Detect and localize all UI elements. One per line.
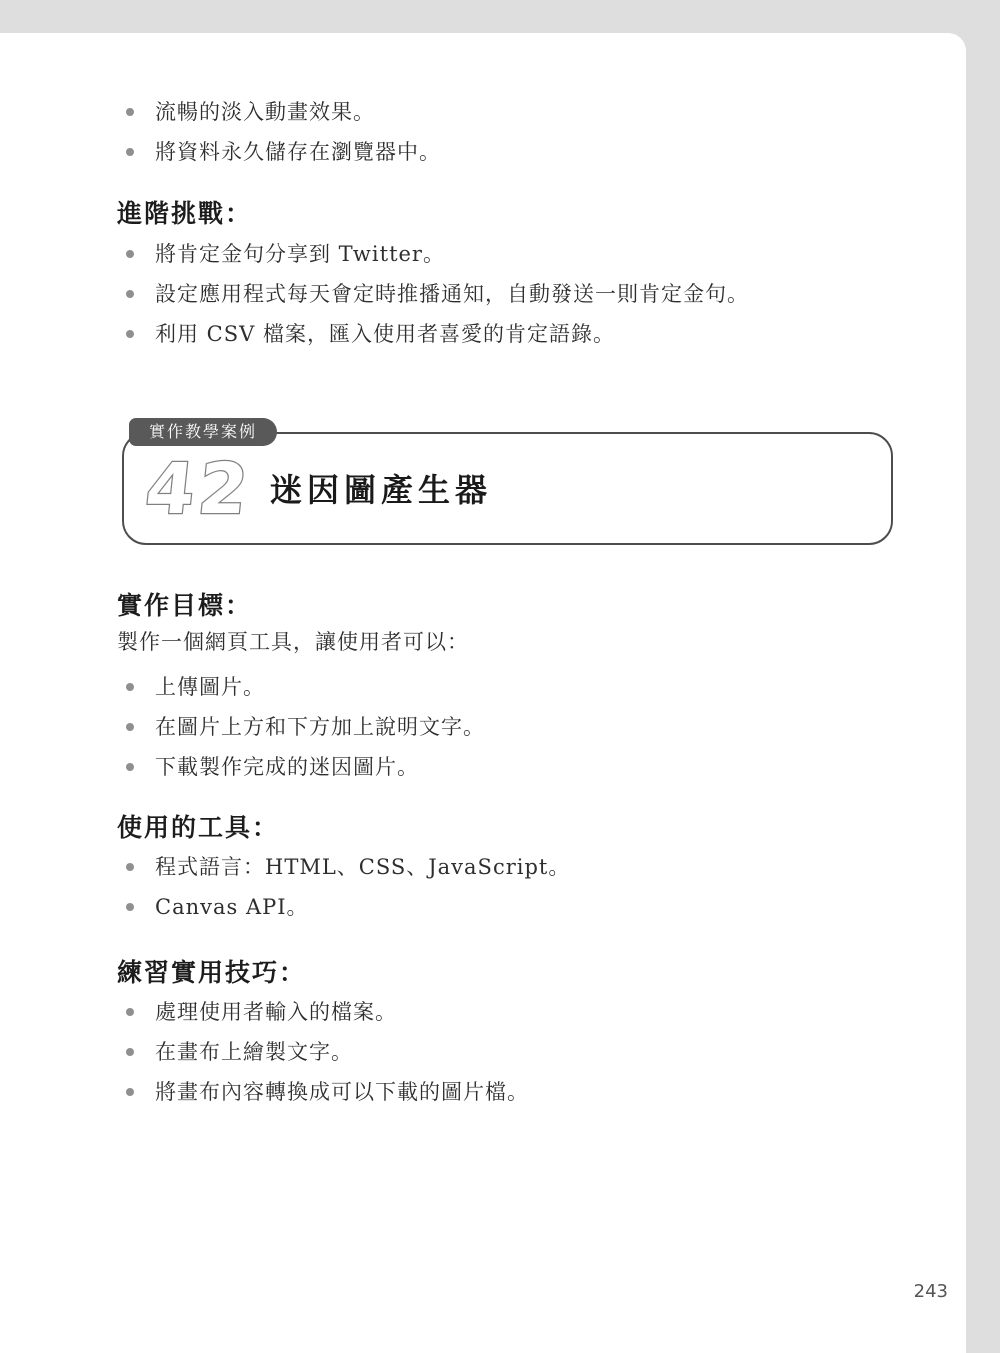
section-heading-goal: 實作目標： bbox=[117, 586, 252, 622]
list-item: 下載製作完成的迷因圖片。 bbox=[117, 754, 837, 780]
list-item: 上傳圖片。 bbox=[117, 674, 837, 700]
case-study-title: 迷因圖產生器 bbox=[270, 470, 492, 510]
page-number: 243 bbox=[914, 1281, 948, 1302]
case-study-box: 實作教學案例 42 迷因圖產生器 bbox=[122, 418, 893, 580]
book-page-canvas: { "colors": { "canvas_bg": "#dedede", "p… bbox=[0, 0, 1000, 1353]
list-item: 將肯定金句分享到 Twitter。 bbox=[117, 241, 837, 267]
list-item: 將畫布內容轉換成可以下載的圖片檔。 bbox=[117, 1079, 837, 1105]
list-item: 設定應用程式每天會定時推播通知，自動發送一則肯定金句。 bbox=[117, 281, 837, 307]
list-item: Canvas API。 bbox=[117, 894, 837, 920]
advanced-challenges-list: 將肯定金句分享到 Twitter。設定應用程式每天會定時推播通知，自動發送一則肯… bbox=[117, 241, 837, 361]
list-item: 利用 CSV 檔案，匯入使用者喜愛的肯定語錄。 bbox=[117, 321, 837, 347]
list-item: 程式語言：HTML、CSS、JavaScript。 bbox=[117, 854, 837, 880]
case-study-number: 42 bbox=[142, 448, 256, 530]
section-heading-skills: 練習實用技巧： bbox=[117, 953, 306, 989]
list-item: 處理使用者輸入的檔案。 bbox=[117, 999, 837, 1025]
section-heading-advanced-challenges: 進階挑戰： bbox=[117, 194, 252, 230]
goal-intro-text: 製作一個網頁工具，讓使用者可以： bbox=[117, 629, 469, 656]
list-item: 將資料永久儲存在瀏覽器中。 bbox=[117, 139, 837, 165]
book-page: 流暢的淡入動畫效果。將資料永久儲存在瀏覽器中。 進階挑戰： 將肯定金句分享到 T… bbox=[0, 33, 966, 1353]
intro-bullet-list: 流暢的淡入動畫效果。將資料永久儲存在瀏覽器中。 bbox=[117, 99, 837, 179]
goal-list: 上傳圖片。在圖片上方和下方加上說明文字。下載製作完成的迷因圖片。 bbox=[117, 674, 837, 794]
skills-list: 處理使用者輸入的檔案。在畫布上繪製文字。將畫布內容轉換成可以下載的圖片檔。 bbox=[117, 999, 837, 1119]
list-item: 在圖片上方和下方加上說明文字。 bbox=[117, 714, 837, 740]
list-item: 在畫布上繪製文字。 bbox=[117, 1039, 837, 1065]
section-heading-tools: 使用的工具： bbox=[117, 808, 279, 844]
tools-list: 程式語言：HTML、CSS、JavaScript。Canvas API。 bbox=[117, 854, 837, 934]
case-study-tag: 實作教學案例 bbox=[129, 418, 277, 446]
list-item: 流暢的淡入動畫效果。 bbox=[117, 99, 837, 125]
